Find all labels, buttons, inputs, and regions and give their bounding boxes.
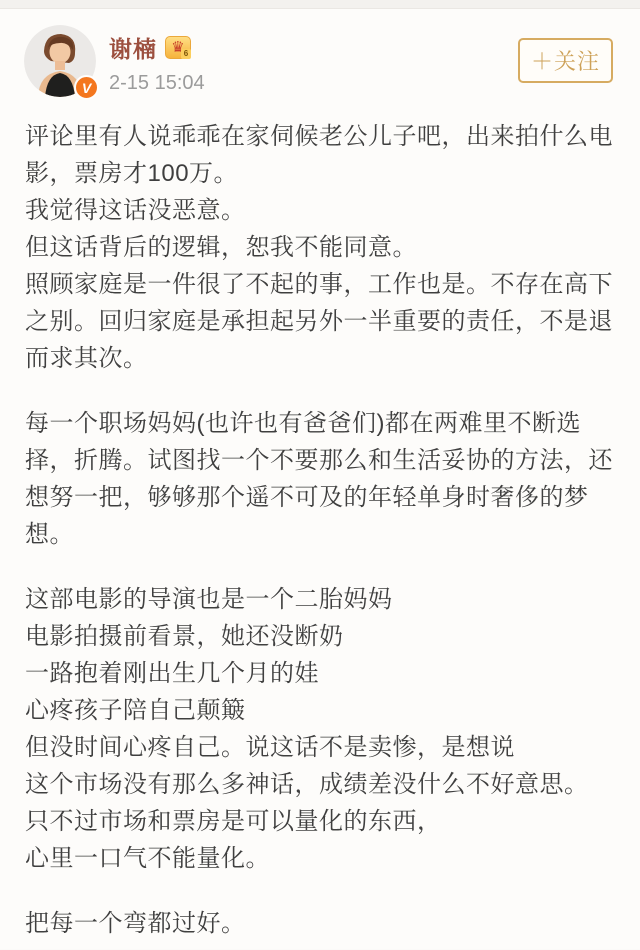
post-text: 评论里有人说乖乖在家伺候老公儿子吧，出来拍什么电影，票房才100万。 我觉得这话… xyxy=(0,118,640,942)
user-info: 谢楠 ♛ 6 2-15 15:04 xyxy=(109,25,205,95)
post-header: V 谢楠 ♛ 6 2-15 15:04 ＋关注 xyxy=(0,9,640,97)
post-paragraph: 评论里有人说乖乖在家伺候老公儿子吧，出来拍什么电影，票房才100万。 我觉得这话… xyxy=(25,118,615,377)
verified-badge-icon: V xyxy=(74,75,99,100)
vip-level-badge: 6 xyxy=(181,49,191,59)
post-paragraph: 每一个职场妈妈(也许也有爸爸们)都在两难里不断选择，折腾。试图找一个不要那么和生… xyxy=(25,405,615,553)
weibo-post-card: V 谢楠 ♛ 6 2-15 15:04 ＋关注 评论里有人说乖乖在家伺候老公儿子… xyxy=(0,9,640,949)
follow-button[interactable]: ＋关注 xyxy=(518,38,613,83)
post-paragraph: 这部电影的导演也是一个二胎妈妈 电影拍摄前看景，她还没断奶 一路抱着刚出生几个月… xyxy=(25,581,615,877)
avatar[interactable]: V xyxy=(24,25,96,97)
post-paragraph: 把每一个弯都过好。 xyxy=(25,905,615,942)
username[interactable]: 谢楠 xyxy=(109,31,157,64)
top-divider xyxy=(0,0,640,9)
timestamp: 2-15 15:04 xyxy=(109,72,205,95)
vip-crown-icon: ♛ 6 xyxy=(165,36,191,59)
